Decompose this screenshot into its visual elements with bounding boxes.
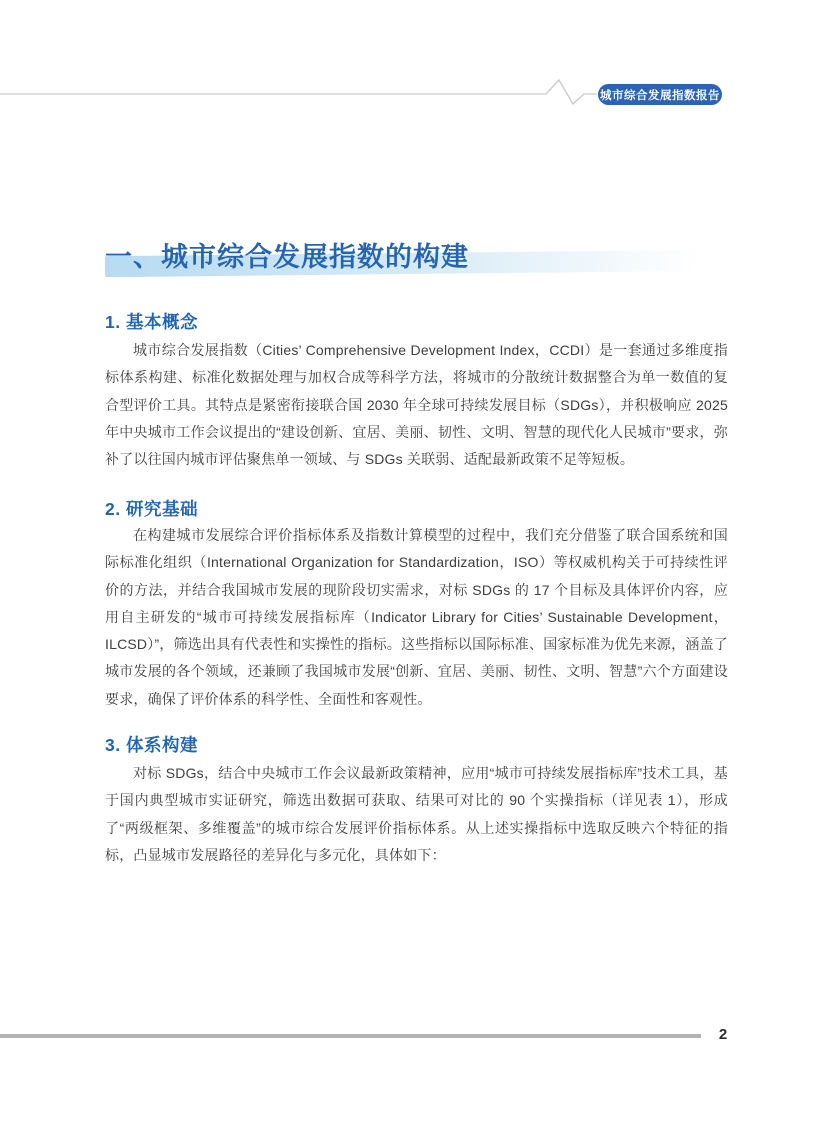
page-number: 2 [710, 1026, 736, 1043]
section-3-paragraph: 对标 SDGs，结合中央城市工作会议最新政策精神，应用“城市可持续发展指标库”技… [105, 760, 728, 869]
page-content: 一、城市综合发展指数的构建 1. 基本概念 城市综合发展指数（Cities’ C… [105, 0, 728, 1122]
section-1-heading: 1. 基本概念 [105, 309, 728, 335]
section-2-heading: 2. 研究基础 [105, 496, 728, 522]
section-2-paragraph: 在构建城市发展综合评价指标体系及指数计算模型的过程中，我们充分借鉴了联合国系统和… [105, 522, 728, 713]
chapter-title-text: 一、城市综合发展指数的构建 [105, 242, 469, 272]
footer-rule [0, 1034, 701, 1038]
section-1-paragraph: 城市综合发展指数（Cities’ Comprehensive Developme… [105, 337, 728, 473]
chapter-title: 一、城市综合发展指数的构建 [105, 240, 728, 274]
section-3-heading: 3. 体系构建 [105, 732, 728, 758]
report-page: 城市综合发展指数报告 一、城市综合发展指数的构建 1. 基本概念 城市综合发展指… [0, 0, 833, 1122]
